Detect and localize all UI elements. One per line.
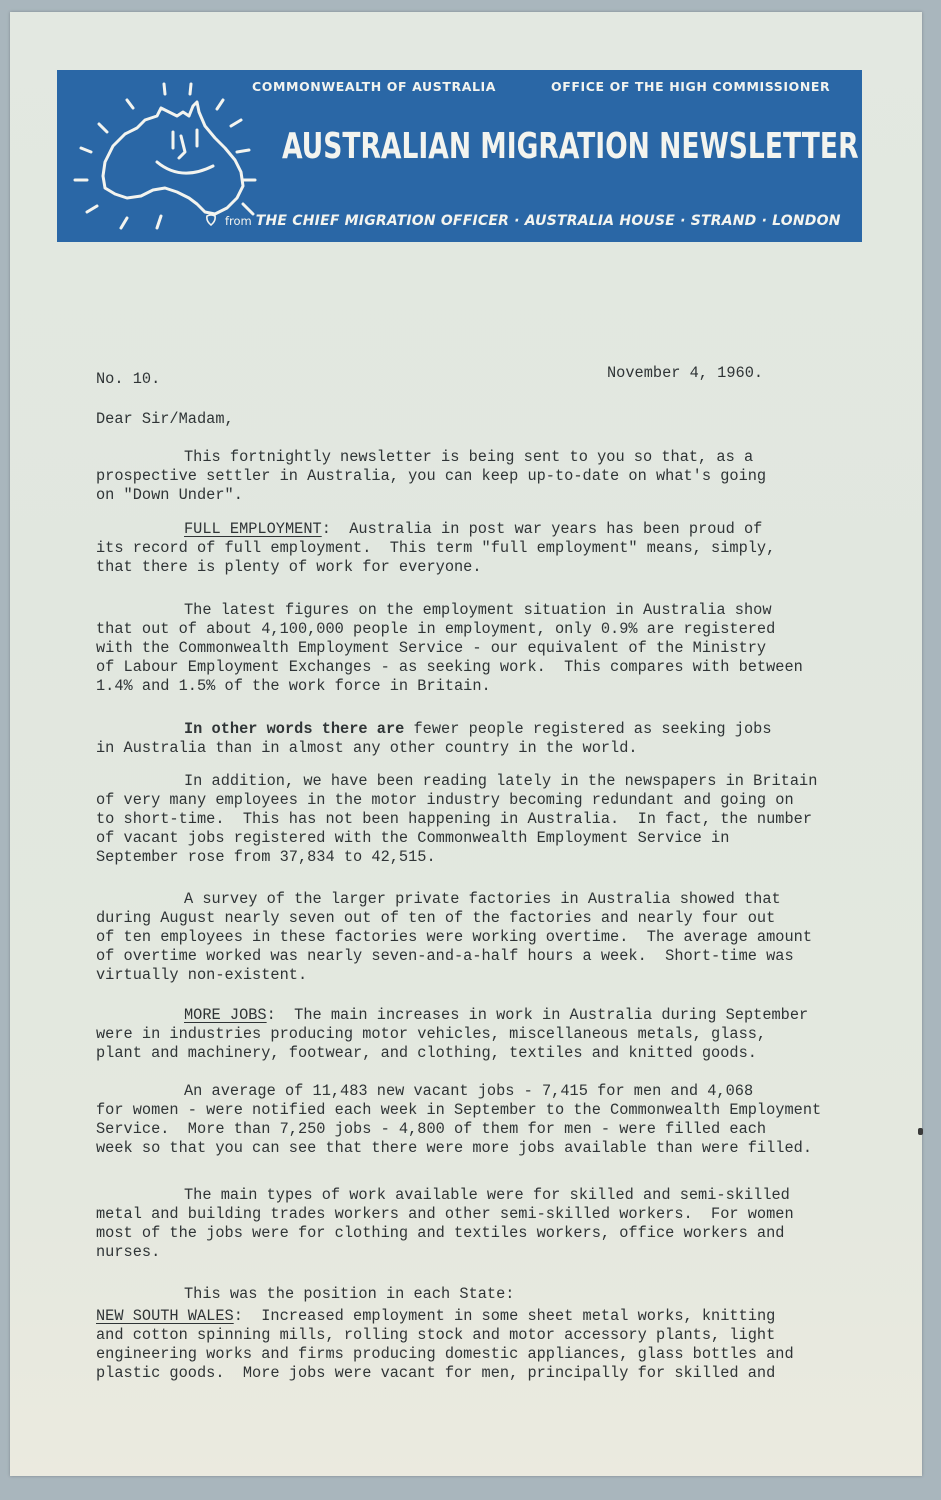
paragraph: The latest figures on the employment sit… xyxy=(96,601,803,696)
text-line: during August nearly seven out of ten of… xyxy=(96,909,812,928)
text-line: engineering works and firms producing do… xyxy=(96,1345,794,1364)
text-line: virtually non-existent. xyxy=(96,966,812,985)
text-line: A survey of the larger private factories… xyxy=(96,890,812,909)
text-line: in Australia than in almost any other co… xyxy=(96,739,772,758)
paragraph: The main types of work available were fo… xyxy=(96,1186,794,1262)
section-heading: NEW SOUTH WALES xyxy=(96,1307,234,1325)
text-line: nurses. xyxy=(96,1243,794,1262)
text-line: In addition, we have been reading lately… xyxy=(96,772,817,791)
bold-lead: In other words there are xyxy=(184,720,404,738)
text-line: that there is plenty of work for everyon… xyxy=(96,558,775,577)
text-line: were in industries producing motor vehic… xyxy=(96,1025,808,1044)
tasmania-shield-icon xyxy=(205,214,217,226)
text-line: MORE JOBS: The main increases in work in… xyxy=(96,1006,808,1025)
paragraph: An average of 11,483 new vacant jobs - 7… xyxy=(96,1082,821,1158)
text-line: An average of 11,483 new vacant jobs - 7… xyxy=(96,1082,821,1101)
paragraph: In addition, we have been reading lately… xyxy=(96,772,817,867)
text-line: plant and machinery, footwear, and cloth… xyxy=(96,1044,808,1063)
paragraph: In other words there are fewer people re… xyxy=(96,720,772,758)
text-line: This fortnightly newsletter is being sen… xyxy=(96,448,766,467)
text-line: of overtime worked was nearly seven-and-… xyxy=(96,947,812,966)
text-line: The main types of work available were fo… xyxy=(96,1186,794,1205)
text-line: most of the jobs were for clothing and t… xyxy=(96,1224,794,1243)
text-line: of very many employees in the motor indu… xyxy=(96,791,817,810)
text-line: Service. More than 7,250 jobs - 4,800 of… xyxy=(96,1120,821,1139)
sender-office: THE CHIEF MIGRATION OFFICER · AUSTRALIA … xyxy=(256,213,841,229)
text-line: of ten employees in these factories were… xyxy=(96,928,812,947)
newsletter-banner: COMMONWEALTH OF AUSTRALIA OFFICE OF THE … xyxy=(57,70,862,242)
section-heading: FULL EMPLOYMENT xyxy=(184,520,322,538)
text-line: of vacant jobs registered with the Commo… xyxy=(96,829,817,848)
text-line: to short-time. This has not been happeni… xyxy=(96,810,817,829)
sender-line: fromTHE CHIEF MIGRATION OFFICER · AUSTRA… xyxy=(205,213,841,229)
text-line: its record of full employment. This term… xyxy=(96,539,775,558)
text-line: with the Commonwealth Employment Service… xyxy=(96,639,803,658)
text-line: and cotton spinning mills, rolling stock… xyxy=(96,1326,794,1345)
high-commissioner-label: OFFICE OF THE HIGH COMMISSIONER xyxy=(551,79,830,94)
text-line: that out of about 4,100,000 people in em… xyxy=(96,620,803,639)
salutation: Dear Sir/Madam, xyxy=(96,410,234,429)
text-line: September rose from 37,834 to 42,515. xyxy=(96,848,817,867)
text-line: metal and building trades workers and ot… xyxy=(96,1205,794,1224)
paper-blemish xyxy=(918,1128,923,1135)
text-line: In other words there are fewer people re… xyxy=(96,720,772,739)
paragraph: This was the position in each State: xyxy=(96,1285,514,1304)
text-line: for women - were notified each week in S… xyxy=(96,1101,821,1120)
smiling-australia-map-icon xyxy=(65,76,270,236)
text-line: The latest figures on the employment sit… xyxy=(96,601,803,620)
section-heading: MORE JOBS xyxy=(184,1006,267,1024)
text-line: This was the position in each State: xyxy=(96,1285,514,1304)
from-prefix: from xyxy=(225,214,252,228)
text-line: week so that you can see that there were… xyxy=(96,1139,821,1158)
text-line: NEW SOUTH WALES: Increased employment in… xyxy=(96,1307,794,1326)
letter-date: November 4, 1960. xyxy=(607,364,763,383)
text-line: prospective settler in Australia, you ca… xyxy=(96,467,766,486)
section-more-jobs: MORE JOBS: The main increases in work in… xyxy=(96,1006,808,1063)
paragraph: A survey of the larger private factories… xyxy=(96,890,812,985)
section-full-employment: FULL EMPLOYMENT: Australia in post war y… xyxy=(96,520,775,577)
newsletter-title: AUSTRALIAN MIGRATION NEWSLETTER xyxy=(282,126,859,167)
text-line: of Labour Employment Exchanges - as seek… xyxy=(96,658,803,677)
text-line: 1.4% and 1.5% of the work force in Brita… xyxy=(96,677,803,696)
section-new-south-wales: NEW SOUTH WALES: Increased employment in… xyxy=(96,1307,794,1383)
commonwealth-label: COMMONWEALTH OF AUSTRALIA xyxy=(252,79,496,94)
text-line: plastic goods. More jobs were vacant for… xyxy=(96,1364,794,1383)
text-line: FULL EMPLOYMENT: Australia in post war y… xyxy=(96,520,775,539)
issue-number: No. 10. xyxy=(96,370,160,389)
text-line: on "Down Under". xyxy=(96,486,766,505)
paragraph: This fortnightly newsletter is being sen… xyxy=(96,448,766,505)
